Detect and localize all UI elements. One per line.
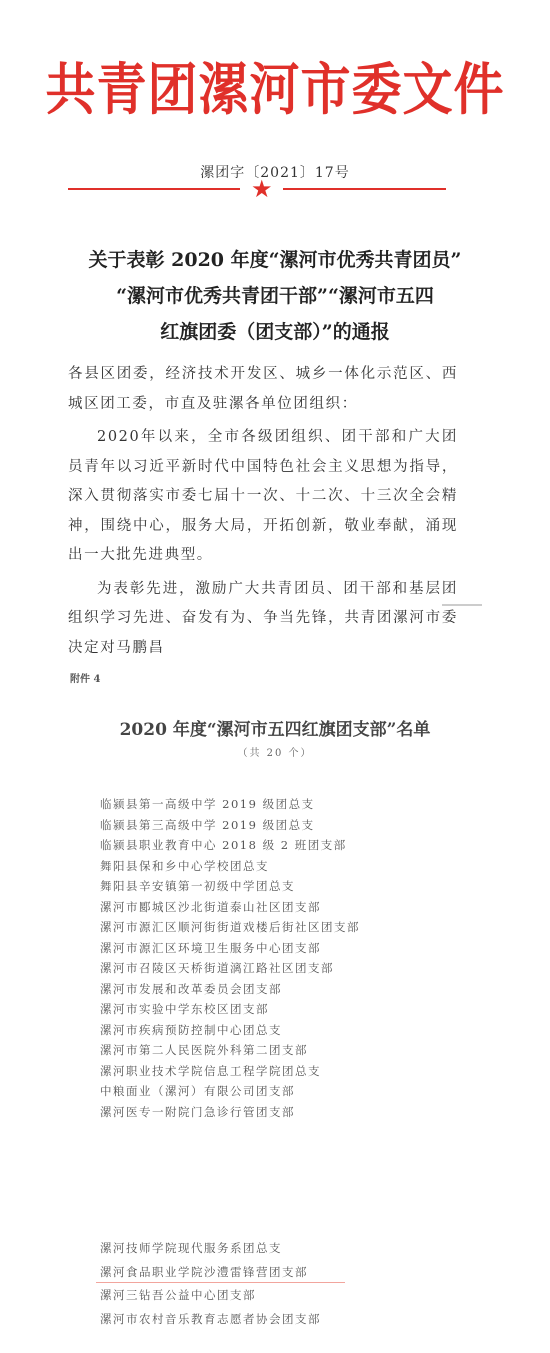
list-item-highlighted: 漯河食品职业学院沙澧雷锋营团支部 (96, 1260, 345, 1283)
cutoff-text-fragment (442, 604, 482, 606)
body-paragraph: 2020年以来，全市各级团组织、团干部和广大团员青年以习近平新时代中国特色社会主… (68, 423, 458, 571)
list-item: 漯河医专一附院门急诊行管团支部 (100, 1102, 360, 1123)
red-star-icon: ★ (251, 177, 273, 201)
title-line: 红旗团委（团支部）”的通报 (60, 314, 490, 350)
list-item: 中粮面业（漯河）有限公司团支部 (100, 1081, 360, 1102)
list-item: 漯河市农村音乐教育志愿者协会团支部 (100, 1307, 345, 1331)
list-item: 临颍县第三高级中学 2019 级团总支 (100, 815, 360, 836)
body-paragraph: 为表彰先进，激励广大共青团员、团干部和基层团组织学习先进、奋发有为、争当先锋，共… (68, 575, 458, 664)
red-divider-right (283, 188, 446, 190)
list-item: 漯河市源汇区环境卫生服务中心团支部 (100, 938, 360, 959)
list-item: 漯河市第二人民医院外科第二团支部 (100, 1040, 360, 1061)
list-item: 漯河职业技术学院信息工程学院团总支 (100, 1061, 360, 1082)
honoree-list: 临颍县第一高级中学 2019 级团总支 临颍县第三高级中学 2019 级团总支 … (100, 794, 360, 1122)
honoree-list-continued: 漯河技师学院现代服务系团总支 漯河食品职业学院沙澧雷锋营团支部 漯河三钻吾公益中… (100, 1236, 345, 1331)
list-item: 舞阳县保和乡中心学校团总支 (100, 856, 360, 877)
attachment-title: 2020 年度“漯河市五四红旗团支部”名单 (60, 715, 490, 740)
list-item: 临颍县职业教育中心 2018 级 2 班团支部 (100, 835, 360, 856)
attachment-count: （共 20 个） (0, 744, 550, 759)
list-item: 漯河市实验中学东校区团支部 (100, 999, 360, 1020)
title-line: “漯河市优秀共青团干部”“漯河市五四 (60, 278, 490, 314)
list-item: 漯河市召陵区天桥街道漓江路社区团支部 (100, 958, 360, 979)
document-title: 关于表彰 2020 年度“漯河市优秀共青团员” “漯河市优秀共青团干部”“漯河市… (60, 242, 490, 350)
list-item: 漯河三钻吾公益中心团支部 (100, 1283, 345, 1307)
salutation-paragraph: 各县区团委，经济技术开发区、城乡一体化示范区、西城区团工委，市直及驻漯各单位团组… (68, 360, 458, 419)
title-line: 关于表彰 2020 年度“漯河市优秀共青团员” (60, 242, 490, 278)
list-item: 漯河市疾病预防控制中心团总支 (100, 1020, 360, 1041)
list-item: 漯河市郾城区沙北街道泰山社区团支部 (100, 897, 360, 918)
document-body: 各县区团委，经济技术开发区、城乡一体化示范区、西城区团工委，市直及驻漯各单位团组… (68, 360, 458, 667)
list-item: 临颍县第一高级中学 2019 级团总支 (100, 794, 360, 815)
list-item: 漯河市源汇区顺河街街道戏楼后街社区团支部 (100, 917, 360, 938)
document-masthead: 共青团漯河市委文件 (0, 56, 550, 123)
attachment-label: 附件 4 (70, 670, 100, 685)
list-item: 漯河技师学院现代服务系团总支 (100, 1236, 345, 1260)
list-item: 舞阳县辛安镇第一初级中学团总支 (100, 876, 360, 897)
red-divider-left (68, 188, 240, 190)
document-number: 漯团字〔2021〕17号 (0, 162, 550, 182)
list-item: 漯河市发展和改革委员会团支部 (100, 979, 360, 1000)
